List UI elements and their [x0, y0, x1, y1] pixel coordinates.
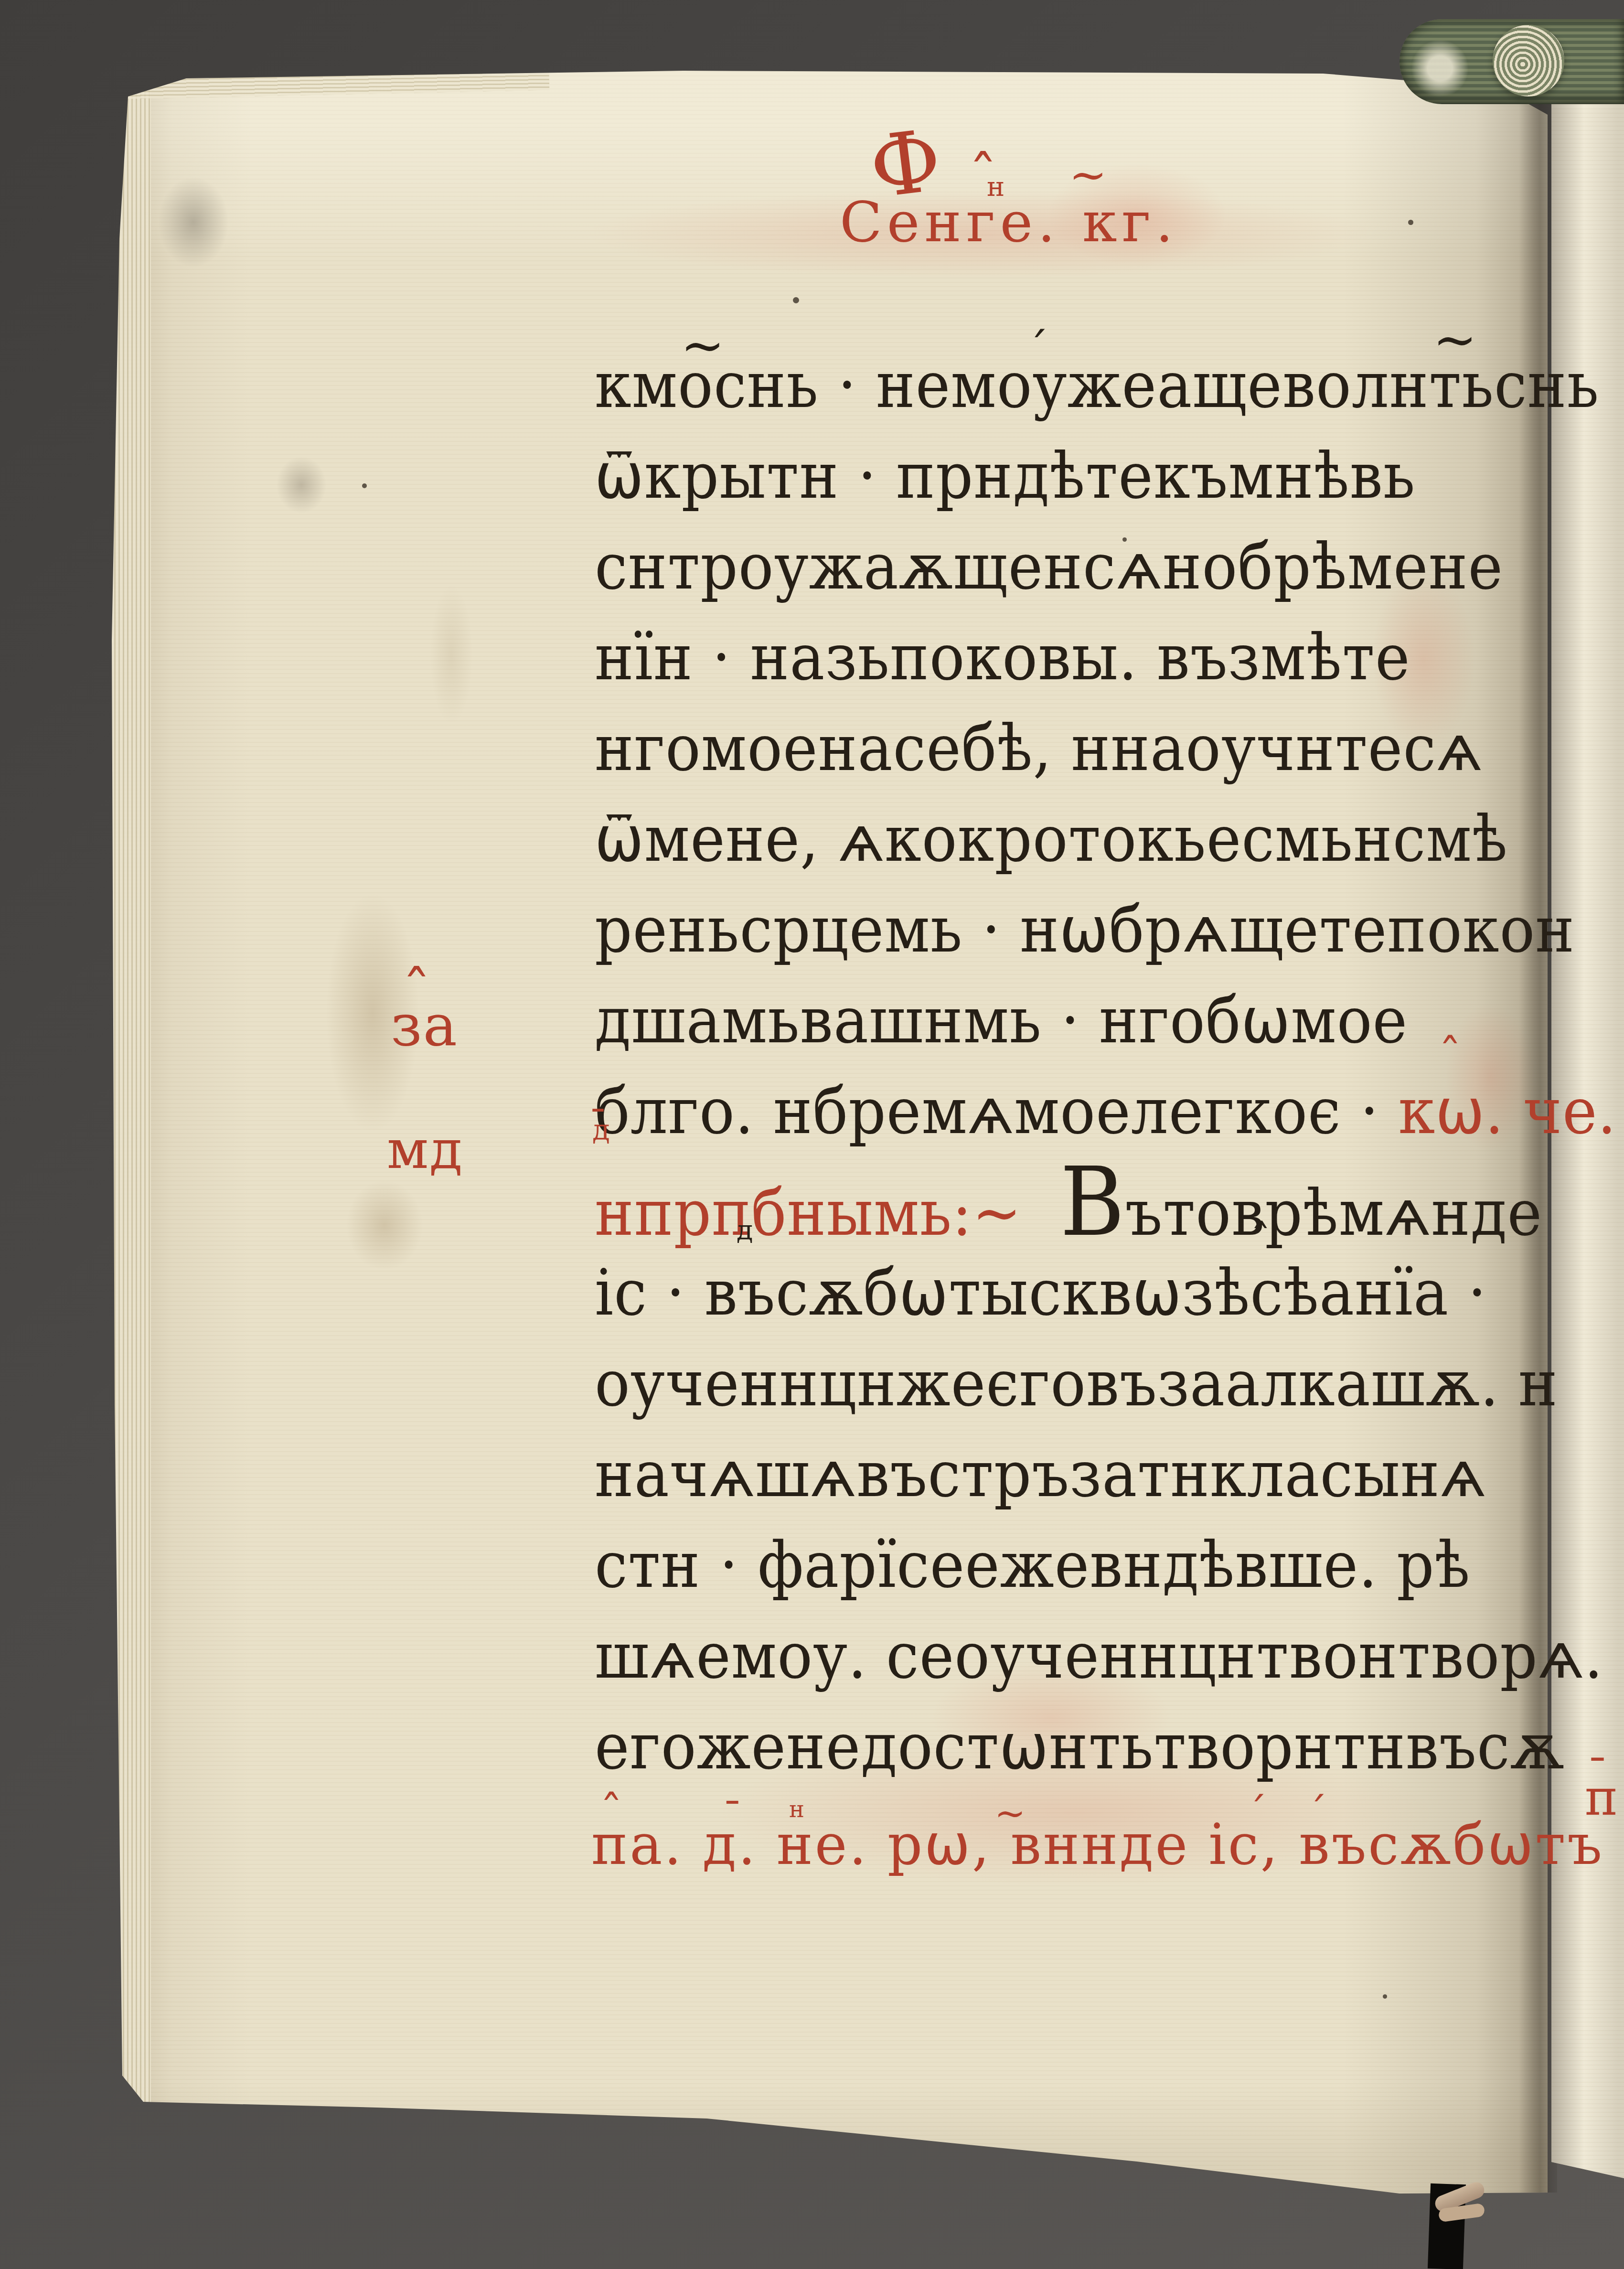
text-line: нїн · назьпоковы. възмѣте [595, 612, 1410, 703]
scribal-mark: ¯ [722, 1797, 743, 1838]
scribal-mark: ¯ [1587, 1754, 1608, 1797]
running-title: Сенге. кг. [840, 190, 1178, 255]
text-line: іс · въсѫбѡтысквѡзѣсѣанїа · [595, 1248, 1487, 1338]
text-line: ѿкрытн · прндѣтекъмнѣвь [595, 431, 1416, 522]
scribal-mark: ´ [1307, 1792, 1327, 1833]
scribal-mark: ~ [1433, 313, 1477, 366]
margin-note-number: мд [387, 1119, 463, 1181]
scribal-mark: ˆ [1439, 1034, 1462, 1079]
scribal-mark: ´ [1026, 328, 1049, 373]
text-segment: нгомоенасебѣ, ннаоучнтесѧ [595, 712, 1483, 785]
scribal-mark: ˆ [1250, 1219, 1271, 1260]
text-segment: блго. нбремѧмоелегкоє · [595, 1075, 1399, 1148]
text-segment: егоженедостѡнтьтворнтнвъсѫ [595, 1710, 1565, 1784]
text-line: ѿмене, ѧкокротокьесмьнсмѣ [595, 794, 1508, 885]
footer-rubric: па. д. не. рѡ, вннде іс, въсѫбѡтъ [591, 1811, 1604, 1877]
text-segment: дшамьвашнмь · нгобѡмое [595, 984, 1408, 1058]
scribal-mark: ´ [1247, 1792, 1267, 1833]
text-segment: іс · въсѫбѡтысквѡзѣсѣанїа · [595, 1256, 1487, 1330]
text-line: блго. нбремѧмоелегкоє · кѡ. че. [595, 1066, 1616, 1157]
scribal-mark: н [789, 1798, 804, 1821]
text-layer: Ф Сенге. кг. н за мд кмоснь · немоужеаще… [0, 0, 1624, 2269]
text-segment: оученнцнжеєговъзаалкашѫ. н [595, 1347, 1558, 1421]
scribal-mark: ~ [994, 1795, 1026, 1832]
text-line: начѧшѧвъстръзатнкласынѧ [595, 1429, 1486, 1520]
text-segment: ѿкрытн · прндѣтекъмнѣвь [595, 439, 1416, 513]
text-line: реньсрцемь · нѡбрѧщетепокон [595, 885, 1575, 975]
text-segment: шѧемоу. сеоученнцнтвонтворѧ. [595, 1619, 1603, 1693]
scribal-mark: ˆ [969, 149, 997, 206]
photo-backdrop: { "palette":{ "backdrop":"#4e4b49", "pap… [0, 0, 1624, 2269]
text-line: снтроужаѫщенсѧнобрѣмене [595, 522, 1503, 612]
scribal-mark: ~ [1069, 153, 1107, 198]
text-segment: Вътоврѣмѧнде [1060, 1157, 1542, 1259]
scribal-mark: ˆ [402, 964, 431, 1021]
text-segment: стн · фарїсеежевндѣвше. рѣ [595, 1529, 1471, 1602]
text-line: егоженедостѡнтьтворнтнвъсѫ [595, 1702, 1565, 1792]
scribal-mark: ~ [681, 319, 725, 372]
text-segment: реньсрцемь · нѡбрѧщетепокон [595, 893, 1575, 967]
text-line: дшамьвашнмь · нгобѡмое [595, 975, 1408, 1066]
text-segment: ѿмене, ѧкокротокьесмьнсмѣ [595, 803, 1508, 876]
text-line: шѧемоу. сеоученнцнтвонтворѧ. [595, 1611, 1603, 1702]
scribal-mark: ˆ [600, 1790, 623, 1836]
text-segment: нпрпбнымь:~ [595, 1177, 1060, 1250]
text-line: нгомоенасебѣ, ннаоучнтесѧ [595, 703, 1483, 794]
text-line: стн · фарїсеежевндѣвше. рѣ [595, 1520, 1471, 1611]
text-segment: нїн · назьпоковы. възмѣте [595, 621, 1410, 695]
scribal-mark: д [592, 1116, 610, 1145]
text-segment: кѡ. че. [1399, 1075, 1617, 1148]
text-segment: снтроужаѫщенсѧнобрѣмене [595, 530, 1503, 604]
scribal-mark: д [737, 1217, 753, 1244]
text-segment: начѧшѧвъстръзатнкласынѧ [595, 1438, 1486, 1511]
text-line: оученнцнжеєговъзаалкашѫ. н [595, 1338, 1558, 1429]
